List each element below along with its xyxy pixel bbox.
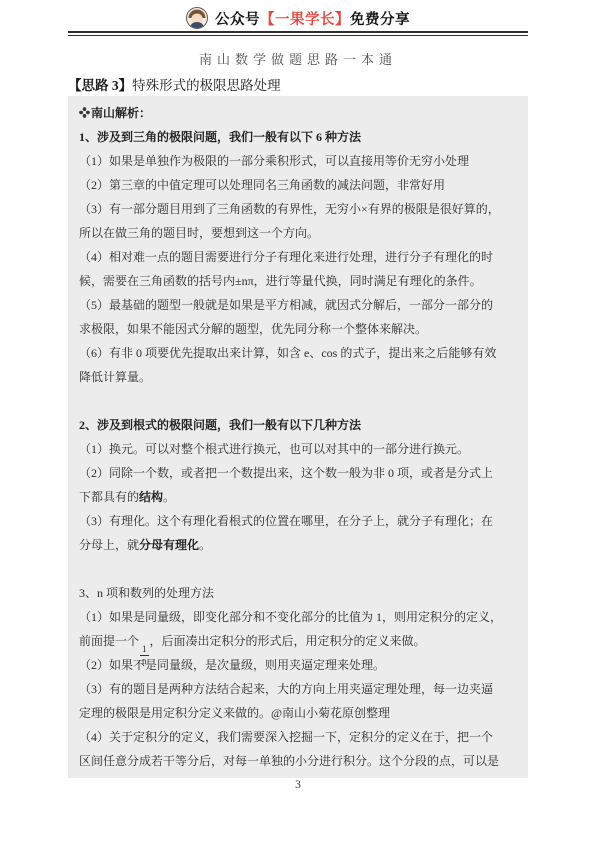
text-run: （4）相对难一点的题目需要进行分子有理化来进行处理，进行分子有理化的时 [79,250,493,264]
text-run: （1）换元。可以对整个根式进行换元，也可以对其中的一部分进行换元。 [79,442,469,456]
box-line: 定理的极限是用定积分定义来做的。@南山小菊花原创整理 [79,701,517,725]
text-run: （2）同除一个数，或者把一个数提出来，这个数一般为非 0 项，或者是分式上 [79,466,493,480]
text-run: （2）第三章的中值定理可以处理同名三角函数的减法问题，非常好用 [79,178,445,192]
text-run: 结构 [139,490,163,504]
section-heading: 【思路 3】特殊形式的极限思路处理 [68,74,528,94]
box-line: 候，需要在三角函数的括号内±nπ，进行等量代换，同时满足有理化的条件。 [79,269,517,293]
box-line: （6）有非 0 项要优先提取出来计算，如含 e、cos 的式子，提出来之后能够有… [79,341,517,365]
text-run: 。 [163,490,175,504]
box-line: 降低计算量。 [79,365,517,389]
text-run: （1）如果是单独作为极限的一部分乘积形式，可以直接用等价无穷小处理 [79,154,469,168]
flower-icon [79,107,90,118]
text-run: （1）如果是同量级，即变化部分和不变化部分的比值为 1，则用定积分的定义， [79,610,502,624]
document-page: 公众号【一果学长】免费分享 南山数学做题思路一本通 【思路 3】特殊形式的极限思… [0,0,596,842]
doc-subtitle: 南山数学做题思路一本通 [0,49,596,68]
section-heading-label: 【思路 3】 [68,78,132,93]
box-line: 2、涉及到根式的极限问题，我们一般有以下几种方法 [79,413,517,437]
box-line: （1）换元。可以对整个根式进行换元，也可以对其中的一部分进行换元。 [79,437,517,461]
text-run: 候，需要在三角函数的括号内±nπ，进行等量代换，同时满足有理化的条件。 [79,274,482,288]
text-run: 3、n 项和数列的处理方法 [79,586,214,600]
account-avatar-icon [186,7,208,29]
text-run: 分母上，就 [79,538,139,552]
text-run: （5）最基础的题型一般就是如果是平方相减，就因式分解后，一部分一部分的 [79,298,493,312]
box-line: （2）同除一个数，或者把一个数提出来，这个数一般为非 0 项，或者是分式上 [79,461,517,485]
box-line: （5）最基础的题型一般就是如果是平方相减，就因式分解后，一部分一部分的 [79,293,517,317]
box-line: （2）第三章的中值定理可以处理同名三角函数的减法问题，非常好用 [79,173,517,197]
text-run: 下都具有的 [79,490,139,504]
text-run: 2、涉及到根式的极限问题，我们一般有以下几种方法 [79,418,361,432]
box-line: （4）相对难一点的题目需要进行分子有理化来进行处理，进行分子有理化的时 [79,245,517,269]
text-run: （2）如果不是同量级，是次量级，则用夹逼定理来处理。 [79,658,385,672]
box-line: 分母上，就分母有理化。 [79,533,517,557]
text-run: （3）有的题目是两种方法结合起来，大的方向上用夹逼定理处理，每一边夹逼 [79,682,493,696]
text-run: 1、涉及到三角的极限问题，我们一般有以下 6 种方法 [79,130,361,144]
header-account-name: 【一果学长】 [260,12,350,28]
box-line: （3）有理化。这个有理化看根式的位置在哪里，在分子上，就分子有理化；在 [79,509,517,533]
page-number: 3 [0,779,596,791]
text-run: （4）关于定积分的定义，我们需要深入挖掘一下，定积分的定义在于，把一个 [79,730,493,744]
text-run: （3）有理化。这个有理化看根式的位置在哪里，在分子上，就分子有理化；在 [79,514,493,528]
box-line: （2）如果不是同量级，是次量级，则用夹逼定理来处理。 [79,653,517,677]
box-line: （3）有的题目是两种方法结合起来，大的方向上用夹逼定理处理，每一边夹逼 [79,677,517,701]
box-line: （1）如果是单独作为极限的一部分乘积形式，可以直接用等价无穷小处理 [79,149,517,173]
box-line: （4）关于定积分的定义，我们需要深入挖掘一下，定积分的定义在于，把一个 [79,725,517,749]
box-line: 1、涉及到三角的极限问题，我们一般有以下 6 种方法 [79,125,517,149]
analysis-note-box: 南山解析：1、涉及到三角的极限问题，我们一般有以下 6 种方法（1）如果是单独作… [68,96,528,778]
box-line: 所以在做三角的题目时，要想到这一个方向。 [79,221,517,245]
box-line: 前面提一个1n，后面凑出定积分的形式后，用定积分的定义来做。 [79,629,517,653]
text-run: ，后面凑出定积分的形式后，用定积分的定义来做。 [150,634,426,648]
section-heading-text: 特殊形式的极限思路处理 [132,78,281,93]
box-line: 区间任意分成若干等分后，对每一单独的小分进行积分。这个分段的点，可以是 [79,749,517,773]
text-run: 降低计算量。 [79,370,151,384]
box-line: 求极限，如果不能因式分解的题型，优先同分称一个整体来解决。 [79,317,517,341]
box-line [79,389,517,413]
box-line: 下都具有的结构。 [79,485,517,509]
box-line: 南山解析： [79,101,517,125]
text-run: 分母有理化 [139,538,199,552]
text-run: 南山解析： [91,106,151,120]
text-run: 定理的极限是用定积分定义来做的。@南山小菊花原创整理 [79,706,390,720]
header-title-prefix: 公众号 [215,12,260,28]
text-run: 区间任意分成若干等分后，对每一单独的小分进行积分。这个分段的点，可以是 [79,754,499,768]
header-title-suffix: 免费分享 [350,12,410,28]
header-title: 公众号【一果学长】免费分享 [215,8,410,29]
text-run: 所以在做三角的题目时，要想到这一个方向。 [79,226,319,240]
text-run: 求极限，如果不能因式分解的题型，优先同分称一个整体来解决。 [79,322,427,336]
text-run: （3）有一部分题目用到了三角函数的有界性，无穷小×有界的极限是很好算的， [79,202,500,216]
text-run: 前面提一个 [79,634,139,648]
header-rule [68,31,528,36]
text-run: 。 [199,538,211,552]
box-line: （1）如果是同量级，即变化部分和不变化部分的比值为 1，则用定积分的定义， [79,605,517,629]
header: 公众号【一果学长】免费分享 [0,7,596,29]
box-line: 3、n 项和数列的处理方法 [79,581,517,605]
box-line: （3）有一部分题目用到了三角函数的有界性，无穷小×有界的极限是很好算的， [79,197,517,221]
box-line [79,557,517,581]
text-run: （6）有非 0 项要优先提取出来计算，如含 e、cos 的式子，提出来之后能够有… [79,346,496,360]
